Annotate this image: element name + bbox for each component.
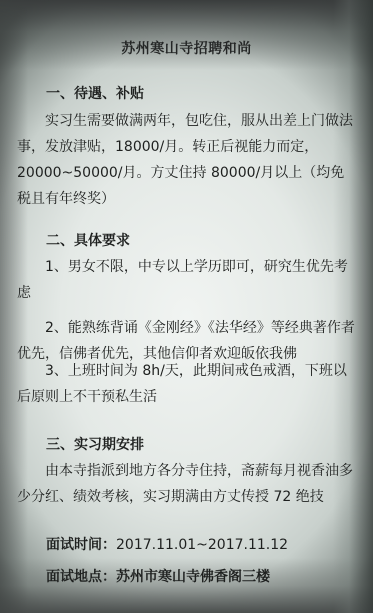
interview-time-value: 2017.11.01~2017.11.12 bbox=[116, 537, 288, 553]
interview-place-label: 面试地点： bbox=[46, 569, 116, 585]
interview-place: 面试地点：苏州市寒山寺佛香阁三楼 bbox=[46, 566, 270, 586]
section-heading-benefits: 一、待遇、补贴 bbox=[46, 83, 144, 103]
interview-time-label: 面试时间： bbox=[46, 537, 116, 553]
recruitment-notice: 苏州寒山寺招聘和尚 一、待遇、补贴 实习生需要做满两年，包吃住，服从出差上门做法… bbox=[0, 0, 373, 613]
interview-time: 面试时间：2017.11.01~2017.11.12 bbox=[46, 534, 288, 554]
document-title: 苏州寒山寺招聘和尚 bbox=[0, 38, 373, 58]
interview-place-value: 苏州市寒山寺佛香阁三楼 bbox=[116, 569, 270, 585]
internship-paragraph: 由本寺指派到地方各分寺住持，斋薪每月视香油多少分红、绩效考核，实习期满由方丈传授… bbox=[17, 458, 357, 510]
requirement-item-3: 3、上班时间为 8h/天，此期间戒色戒酒，下班以后原则上不干预私生活 bbox=[17, 358, 357, 410]
section-heading-internship: 三、实习期安排 bbox=[46, 434, 144, 454]
benefits-paragraph: 实习生需要做满两年，包吃住，服从出差上门做法事，发放津贴，18000/月。转正后… bbox=[17, 108, 357, 212]
section-heading-requirements: 二、具体要求 bbox=[46, 230, 130, 250]
requirement-item-1: 1、男女不限，中专以上学历即可，研究生优先考虑 bbox=[17, 254, 357, 306]
